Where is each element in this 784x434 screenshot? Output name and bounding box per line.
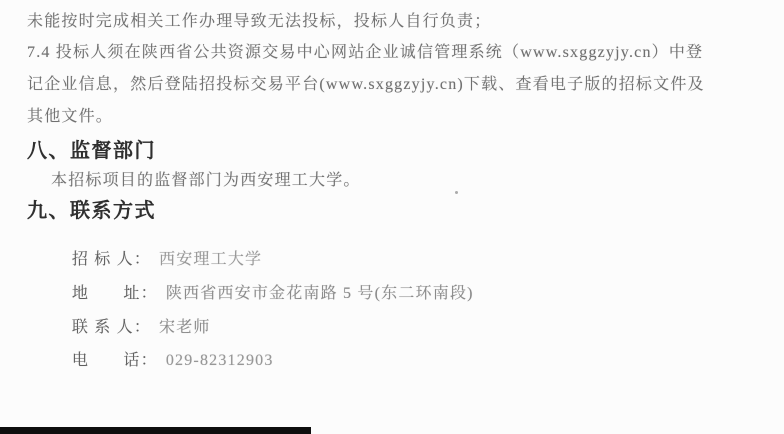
scan-noise-speck — [455, 191, 458, 194]
section-9-heading: 九、联系方式 — [27, 194, 156, 223]
clause-7-4-line-3: 其他文件。 — [27, 103, 113, 126]
contact-value-phone: 029-82312903 — [166, 352, 274, 369]
contact-row-phone: 电 话：029-82312903 — [51, 329, 274, 388]
scanned-document-page: 未能按时完成相关工作办理导致无法投标，投标人自行负责； 7.4 投标人须在陕西省… — [0, 0, 784, 434]
section-8-heading: 八、监督部门 — [27, 134, 156, 163]
section-8-body: 本招标项目的监督部门为西安理工大学。 — [51, 167, 361, 190]
contact-value-address: 陕西省西安市金花南路 5 号(东二环南段) — [166, 285, 474, 302]
clause-7-4-line-2: 记企业信息，然后登陆招投标交易平台(www.sxggzyjy.cn)下载、查看电… — [27, 71, 705, 94]
scan-edge-artifact-bar — [0, 427, 311, 434]
paragraph-intro-line: 未能按时完成相关工作办理导致无法投标，投标人自行负责； — [27, 8, 491, 31]
contact-label-phone: 电 话： — [72, 352, 158, 369]
clause-7-4-line-1: 7.4 投标人须在陕西省公共资源交易中心网站企业诚信管理系统（www.sxggz… — [27, 39, 703, 62]
